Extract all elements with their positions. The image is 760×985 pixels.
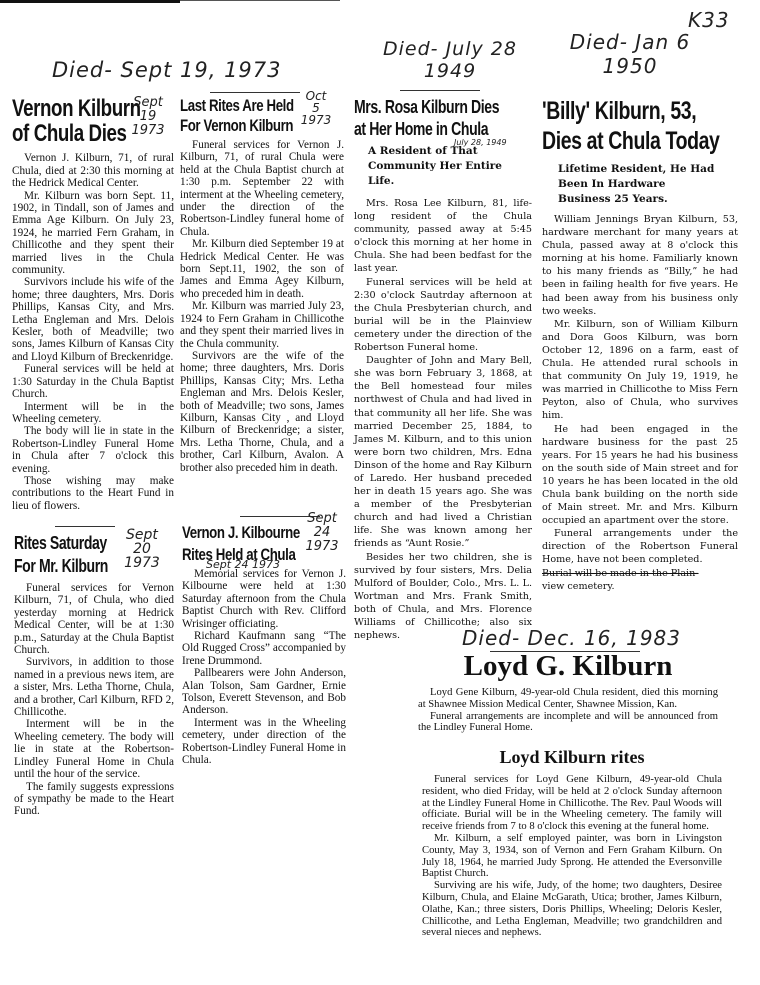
headline-line1: Last Rites Are Held [180,96,308,116]
note-line: 20 [118,542,166,556]
paragraph: Mr. Kilburn was married July 23, 1924 to… [180,300,344,350]
headline: Loyd G. Kilburn [418,652,718,681]
paragraph: Survivors include his wife of the home; … [12,276,174,363]
corner-note: K33 [688,8,730,32]
article-body: Funeral services for Loyd Gene Kilburn, … [422,774,722,939]
article-body: Funeral services for Vernon J. Kilburn, … [180,139,344,474]
article-loyd-dies: Loyd G. Kilburn Loyd Gene Kilburn, 49-ye… [418,652,718,734]
article-body: William Jennings Bryan Kilburn, 53, hard… [542,213,738,593]
paragraph: Mrs. Rosa Lee Kilburn, 81, life-long res… [354,197,532,276]
handwritten-date-billy-line2: 1950 [560,54,700,78]
note-line: 1973 [300,540,344,554]
handwritten-date-rosa-line1: Died- July 28 [380,38,520,60]
divider [400,90,480,91]
paragraph: Funeral services will be held at 2:30 o'… [354,276,532,355]
headline-line2: For Vernon Kilburn [180,116,308,136]
paragraph: Vernon J. Kilburn, 71, of rural Chula, d… [12,152,174,189]
note-line: 19 [128,110,168,124]
paragraph: Funeral services will be held at 1:30 Sa… [12,363,174,400]
paragraph: Funeral services for Vernon J. Kilburn, … [180,139,344,238]
handwritten-note: Sept 19 1973 [128,96,168,138]
paragraph: Interment was in the Wheeling cemetery, … [182,717,346,767]
subhead-line: Business 25 Years. [558,192,752,207]
headline-line2: of Chula Dies [12,121,138,146]
paragraph: Pallbearers were John Anderson, Alan Tol… [182,667,346,717]
scan-border [180,0,340,1]
article-billy-dies: 'Billy' Kilburn, 53, Dies at Chula Today… [542,96,752,593]
paragraph: Interment will be in the Wheeling cemete… [12,401,174,426]
article-kilbourne-rites: Vernon J. Kilbourne Rites Held at Chula … [182,522,346,767]
paragraph: Richard Kaufmann sang “The Old Rugged Cr… [182,630,346,667]
article-body: Memorial services for Vernon J. Kilbourn… [182,568,346,767]
headline: Mrs. Rosa Kilburn Dies at Her Home in Ch… [354,96,493,140]
headline-line1: 'Billy' Kilburn, 53, [542,96,706,126]
paragraph: Interment will be in the Wheeling cemete… [14,718,174,780]
note-line: Sept [118,528,166,542]
paragraph: Daughter of John and Mary Bell, she was … [354,354,532,550]
paragraph: He had been engaged in the hardware busi… [542,423,738,528]
divider [55,526,115,527]
paragraph: Mr. Kilburn, a self employed painter, wa… [422,833,722,880]
handwritten-note: Oct 5 1973 [296,90,336,126]
article-rites-saturday: Rites Saturday For Mr. Kilburn Sept 20 1… [14,532,174,818]
paragraph: Survivors, in addition to those named in… [14,656,174,718]
paragraph: Mr. Kilburn was born Sept. 11, 1902, in … [12,190,174,277]
handwritten-inline-date: Sept 24 1973 [206,558,280,571]
paragraph: Mr. Kilburn died September 19 at Hedrick… [180,238,344,300]
handwritten-date-vernon: Died- Sept 19, 1973 [52,58,282,82]
paragraph: Funeral arrangements under the direction… [542,527,738,566]
handwritten-inline-date: July 28, 1949 [454,136,507,149]
subhead: Lifetime Resident, He Had Been In Hardwa… [558,162,752,207]
note-line: 1973 [128,124,168,138]
article-body: Vernon J. Kilburn, 71, of rural Chula, d… [12,152,174,512]
paragraph: The body will lie in state in the Robert… [12,425,174,475]
handwritten-date-billy: Died- Jan 6 1950 [560,30,700,78]
paragraph: Funeral arrangements are incomplete and … [418,711,718,735]
headline: 'Billy' Kilburn, 53, Dies at Chula Today [542,96,706,156]
paragraph: Survivors are the wife of the home; thre… [180,350,344,474]
article-body: Loyd Gene Kilburn, 49-year-old Chula res… [418,687,718,734]
subhead-line: Been In Hardware [558,177,752,192]
handwritten-note: Sept 24 1973 [300,512,344,554]
handwritten-date-rosa-line2: 1949 [380,60,520,82]
article-body: Funeral services for Vernon Kilburn, 71,… [14,582,174,818]
headline-line1: Vernon Kilburn [12,96,138,121]
article-body: Mrs. Rosa Lee Kilburn, 81, life-long res… [354,197,532,642]
note-line: 24 [300,526,344,540]
paragraph: William Jennings Bryan Kilburn, 53, hard… [542,213,738,318]
paragraph: Loyd Gene Kilburn, 49-year-old Chula res… [418,687,718,711]
divider [210,92,300,93]
note-line: 1973 [118,556,166,570]
handwritten-note: Sept 20 1973 [118,528,166,570]
headline-line2: Dies at Chula Today [542,126,706,156]
scan-border [0,0,180,3]
final-text: view cemetery. [542,580,738,593]
headline-line1: Mrs. Rosa Kilburn Dies [354,96,493,118]
paragraph: Memorial services for Vernon J. Kilbourn… [182,568,346,630]
article-last-rites: Last Rites Are Held For Vernon Kilburn O… [180,96,344,474]
article-loyd-rites: Loyd Kilburn rites Funeral services for … [422,748,722,939]
subhead: A Resident of That Community Her Entire … [368,144,518,189]
headline: Last Rites Are Held For Vernon Kilburn [180,96,308,136]
note-line: Sept [128,96,168,110]
headline: Vernon Kilburn of Chula Dies [12,96,138,146]
paragraph: Funeral services for Vernon Kilburn, 71,… [14,582,174,656]
handwritten-date-loyd: Died- Dec. 16, 1983 [462,626,681,650]
note-line: Sept [300,512,344,526]
paragraph: Mr. Kilburn, son of William Kilburn and … [542,318,738,423]
paragraph: Funeral services for Loyd Gene Kilburn, … [422,774,722,833]
paragraph: The family suggests expressions of sympa… [14,781,174,818]
headline-line1: Vernon J. Kilbourne [182,522,310,544]
handwritten-date-billy-line1: Died- Jan 6 [560,30,700,54]
article-vernon-dies: Vernon Kilburn of Chula Dies Sept 19 197… [12,96,174,512]
subhead-line: Lifetime Resident, He Had [558,162,752,177]
struck-text: Burial will be made in the Plain- [542,567,738,580]
article-rosa-dies: Mrs. Rosa Kilburn Dies at Her Home in Ch… [354,96,532,642]
headline: Loyd Kilburn rites [422,748,722,766]
handwritten-date-rosa: Died- July 28 1949 [380,38,520,82]
note-line: 1973 [296,114,336,126]
paragraph: Surviving are his wife, Judy, of the hom… [422,880,722,939]
paragraph: Those wishing may make contributions to … [12,475,174,512]
